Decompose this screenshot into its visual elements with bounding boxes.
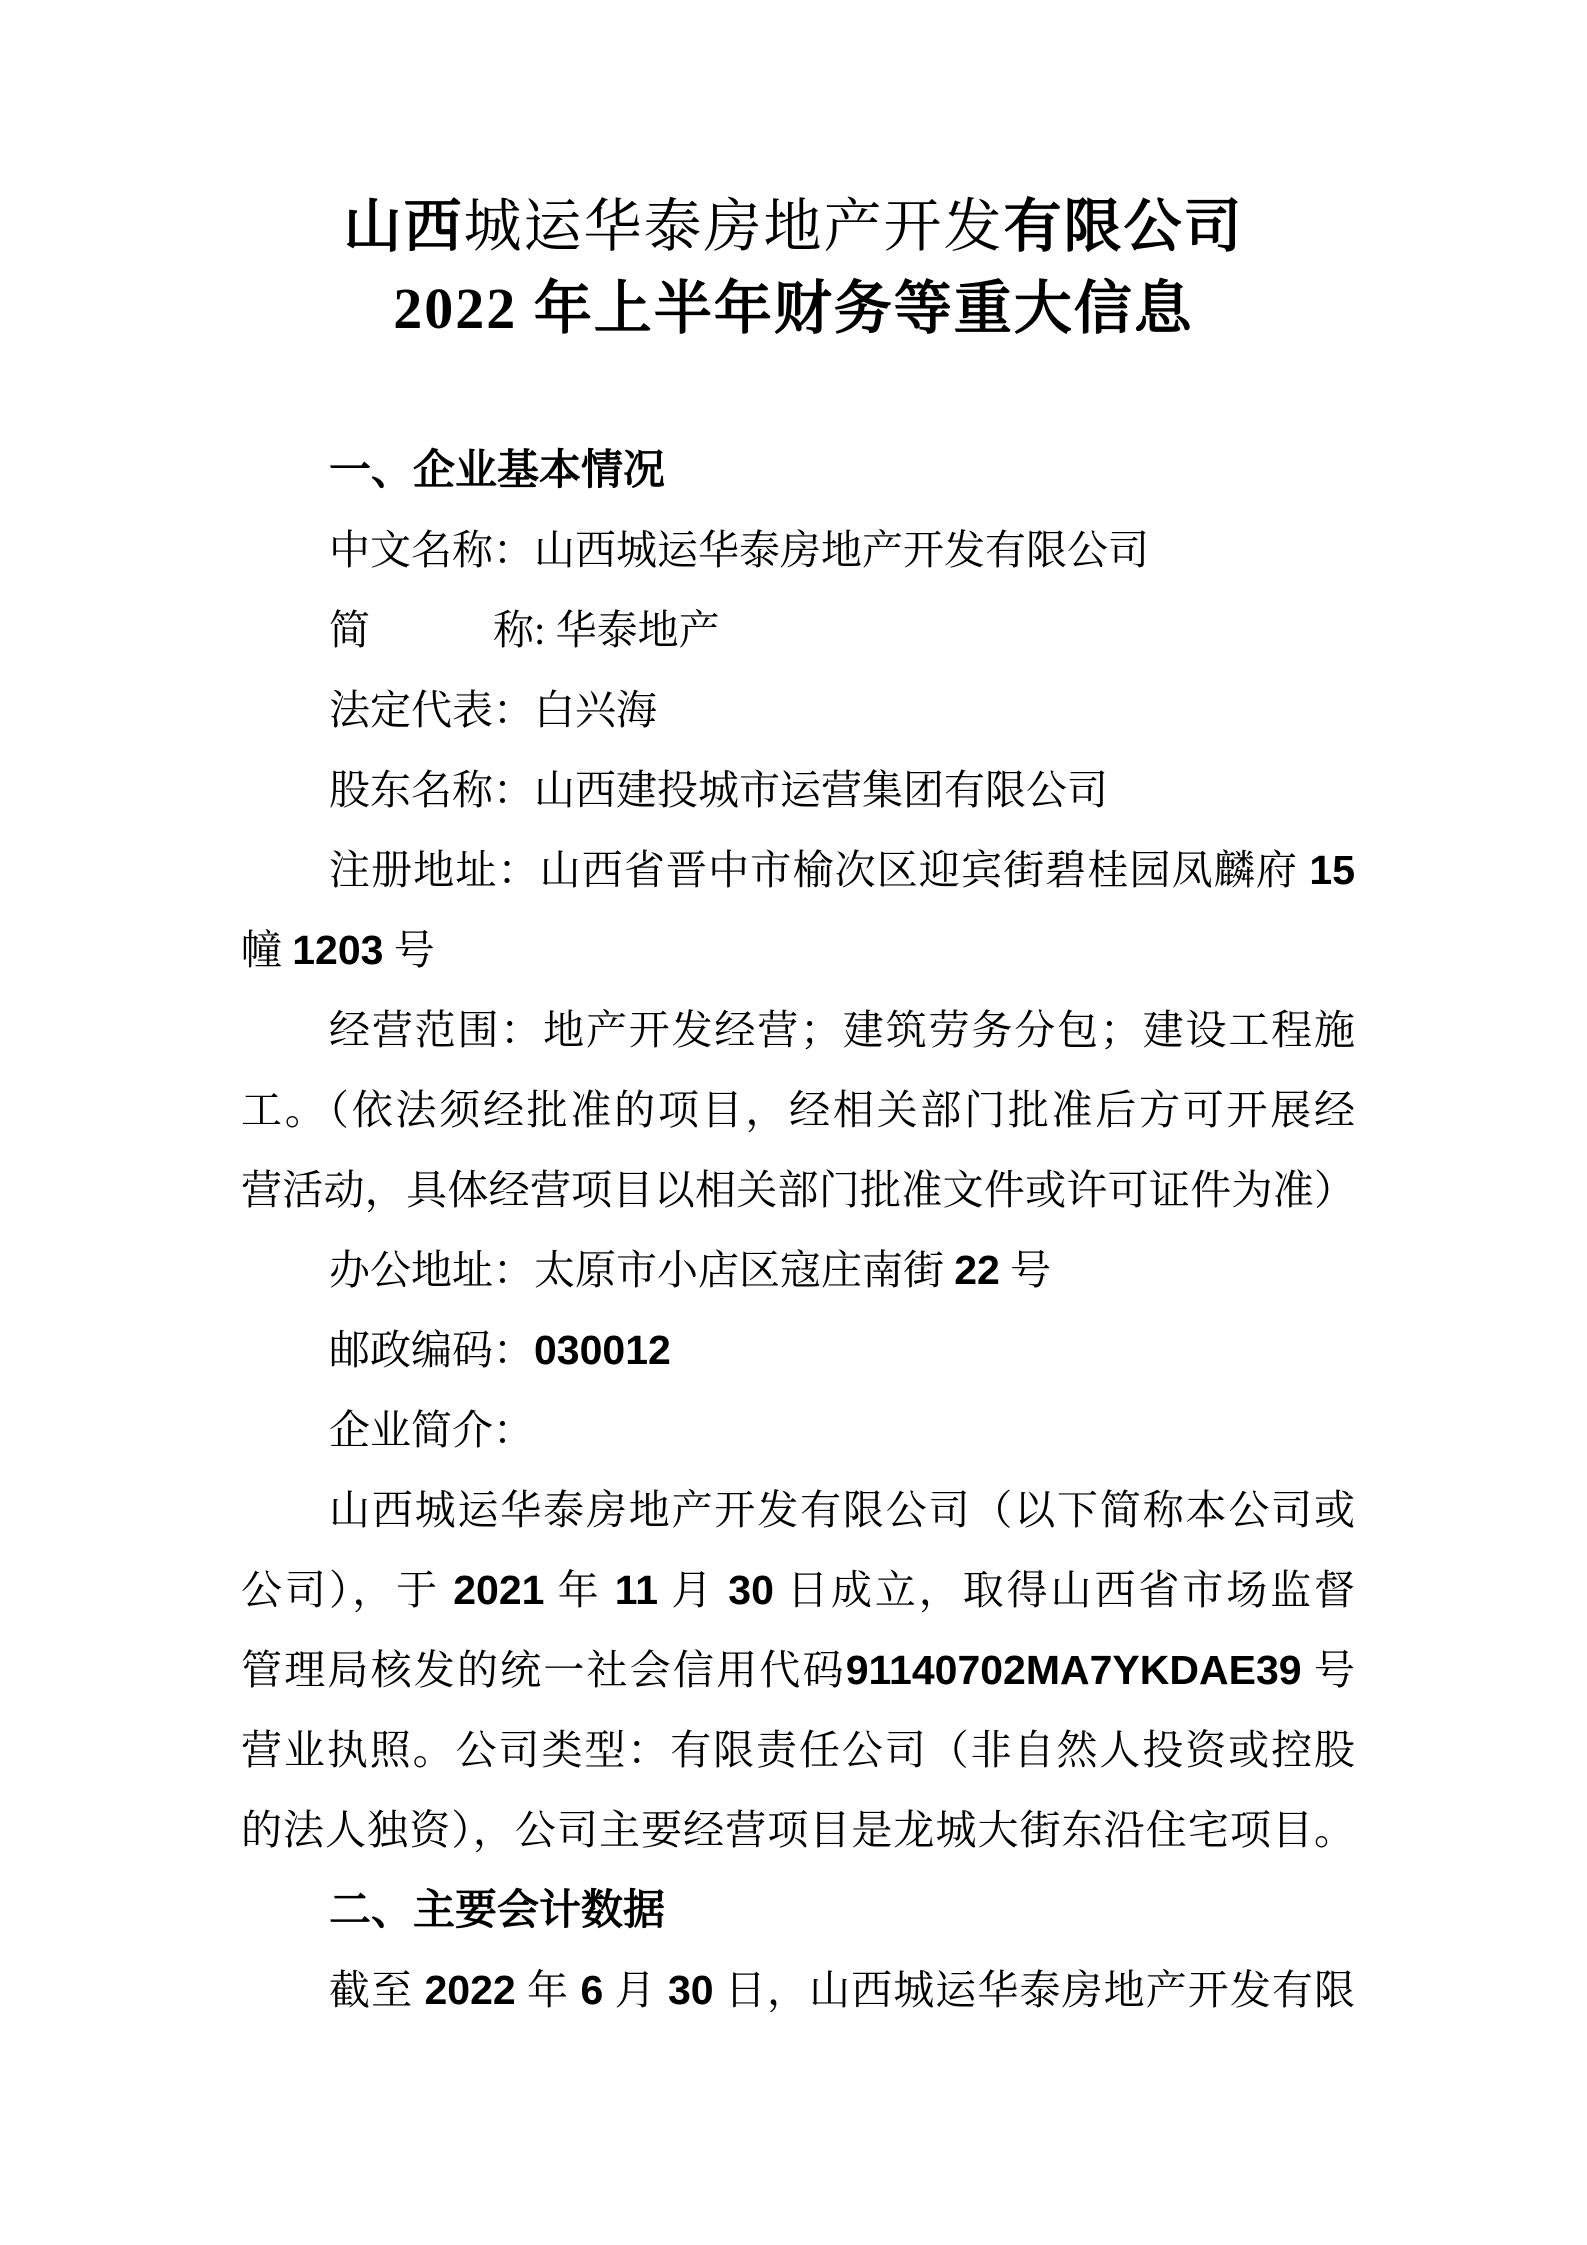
accounting-year: 2022 <box>424 1967 515 2013</box>
document-page: 山西城运华泰房地产开发有限公司 2022 年上半年财务等重大信息 一、企业基本情… <box>0 0 1587 2245</box>
accounting-month: 6 <box>580 1967 603 2013</box>
registered-address-building-number: 15 <box>1309 847 1355 893</box>
title-line-1-bold-suffix: 有限公司 <box>1004 194 1244 259</box>
line-profile-4: 营业执照。公司类型：有限责任公司（非自然人投资或控股 <box>241 1710 1355 1790</box>
document-title: 山西城运华泰房地产开发有限公司 2022 年上半年财务等重大信息 <box>0 0 1587 350</box>
line-company-profile-label: 企业简介： <box>241 1390 1355 1470</box>
section-heading-basic-info: 一、企业基本情况 <box>241 430 1355 510</box>
credit-code-value: 91140702MA7YKDAE39 <box>846 1647 1302 1693</box>
profile-2-seg-6: 日成立，取得山西省市场监督 <box>774 1567 1355 1613</box>
line-postal-code: 邮政编码：030012 <box>241 1310 1355 1390</box>
accounting-seg-2: 年 <box>516 1967 581 2013</box>
line-profile-2: 公司），于 2021 年 11 月 30 日成立，取得山西省市场监督 <box>241 1550 1355 1630</box>
accounting-day: 30 <box>668 1967 714 2013</box>
profile-2-seg-0: 公司），于 <box>241 1567 453 1613</box>
line-shareholder-name: 股东名称：山西建投城市运营集团有限公司 <box>241 750 1355 830</box>
office-address-number: 22 <box>954 1247 1000 1293</box>
profile-2-day: 30 <box>728 1567 774 1613</box>
registered-address-text: 注册地址：山西省晋中市榆次区迎宾街碧桂园凤麟府 <box>329 847 1309 893</box>
accounting-seg-0: 截至 <box>329 1967 424 2013</box>
office-address-suffix: 号 <box>1000 1247 1051 1293</box>
profile-2-month: 11 <box>615 1567 658 1613</box>
line-profile-1: 山西城运华泰房地产开发有限公司（以下简称本公司或 <box>241 1470 1355 1550</box>
line-profile-3: 管理局核发的统一社会信用代码91140702MA7YKDAE39 号 <box>241 1630 1355 1710</box>
postal-code-label: 邮政编码： <box>329 1327 534 1373</box>
title-line-1: 山西城运华泰房地产开发有限公司 <box>0 186 1587 268</box>
profile-3-seg-0: 管理局核发的统一社会信用代码 <box>241 1647 846 1693</box>
title-line-1-bold-prefix: 山西 <box>343 194 463 259</box>
line-business-scope-cont-2: 营活动，具体经营项目以相关部门批准文件或许可证件为准） <box>241 1150 1355 1230</box>
line-chinese-name: 中文名称：山西城运华泰房地产开发有限公司 <box>241 510 1355 590</box>
line-business-scope: 经营范围：地产开发经营；建筑劳务分包；建设工程施 <box>241 990 1355 1070</box>
line-registered-address-cont: 幢 1203 号 <box>241 910 1355 990</box>
document-body: 一、企业基本情况 中文名称：山西城运华泰房地产开发有限公司 简 称: 华泰地产 … <box>241 430 1355 2030</box>
title-line-1-regular: 城运华泰房地产开发 <box>463 194 1003 259</box>
address-cont-room-number: 1203 <box>292 927 383 973</box>
address-cont-suffix: 号 <box>383 927 434 973</box>
line-registered-address: 注册地址：山西省晋中市榆次区迎宾街碧桂园凤麟府 15 <box>241 830 1355 910</box>
postal-code-value: 030012 <box>534 1327 671 1373</box>
line-accounting-intro: 截至 2022 年 6 月 30 日，山西城运华泰房地产开发有限 <box>241 1950 1355 2030</box>
line-legal-representative: 法定代表：白兴海 <box>241 670 1355 750</box>
profile-3-seg-2: 号 <box>1302 1647 1355 1693</box>
accounting-seg-4: 月 <box>603 1967 668 2013</box>
profile-2-seg-2: 年 <box>544 1567 614 1613</box>
address-cont-prefix: 幢 <box>241 927 292 973</box>
line-profile-5: 的法人独资），公司主要经营项目是龙城大街东沿住宅项目。 <box>241 1790 1355 1870</box>
line-business-scope-cont-1: 工。（依法须经批准的项目，经相关部门批准后方可开展经 <box>241 1070 1355 1150</box>
profile-2-year: 2021 <box>453 1567 544 1613</box>
profile-2-seg-4: 月 <box>658 1567 728 1613</box>
accounting-seg-6: 日，山西城运华泰房地产开发有限 <box>714 1967 1355 2013</box>
section-heading-accounting-data: 二、主要会计数据 <box>241 1870 1355 1950</box>
title-line-2: 2022 年上半年财务等重大信息 <box>0 268 1587 350</box>
office-address-text: 办公地址：太原市小店区寇庄南街 <box>329 1247 954 1293</box>
line-office-address: 办公地址：太原市小店区寇庄南街 22 号 <box>241 1230 1355 1310</box>
line-short-name: 简 称: 华泰地产 <box>241 590 1355 670</box>
